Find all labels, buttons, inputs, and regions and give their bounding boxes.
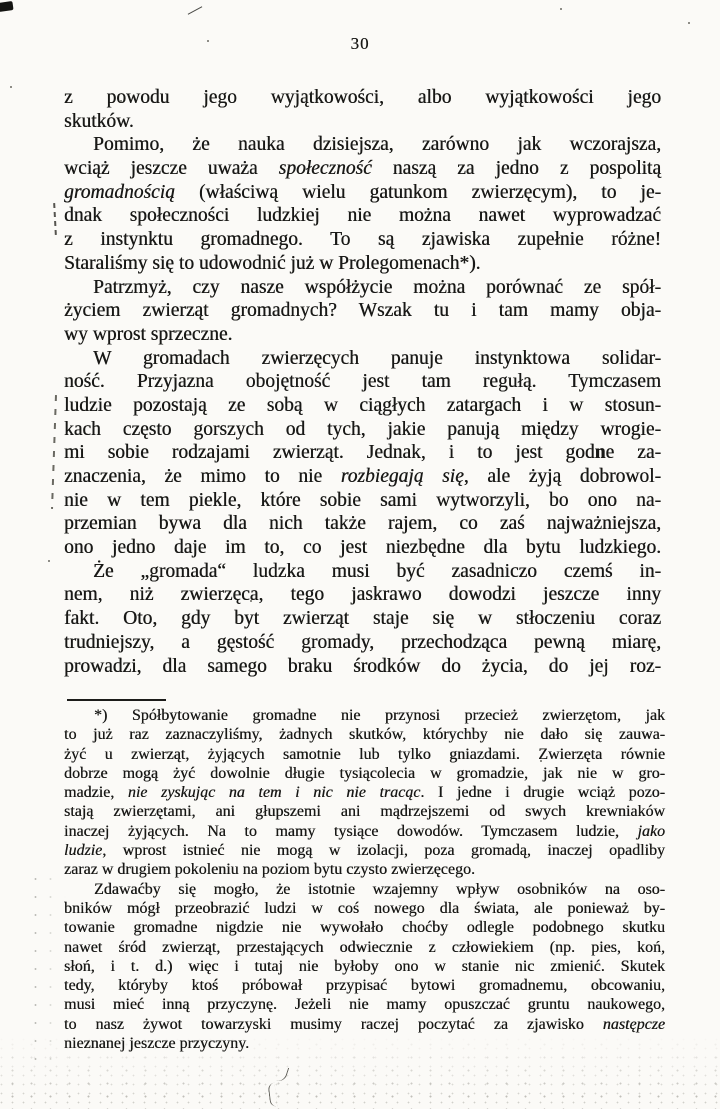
text-line: nem, niż zwierzęca, tego jaskrawo dowodz…	[64, 583, 661, 607]
scan-artifact-corner-blob	[0, 1, 14, 12]
text-line: prowadzi, dla samego braku środków do ży…	[64, 655, 661, 679]
text-line: z instynktu gromadnego. To są zjawiska z…	[64, 228, 661, 252]
text-line: nie w tem piekle, które sobie sami wytwo…	[64, 489, 661, 513]
text-line: *) Spółbytowanie gromadne nie przynosi p…	[64, 706, 665, 725]
text-line: wy wprost sprzeczne.	[64, 323, 661, 347]
text-line: słoń, i t. d.) więc i tutaj nie byłoby o…	[64, 957, 665, 976]
text-line: mi sobie rodzajami zwierząt. Jednak, i t…	[64, 441, 661, 465]
text-line: przemian bywa dla nich także rajem, co z…	[64, 512, 661, 536]
text-line: Zdawaćby się mogło, że istotnie wzajemny…	[64, 880, 665, 899]
text-line: skutków.	[64, 110, 661, 134]
text-line: W gromadach zwierzęcych panuje instynkto…	[64, 347, 661, 371]
scan-artifact-top-slash	[188, 6, 203, 14]
scan-speck	[120, 100, 122, 102]
text-line: z powodu jego wyjątkowości, albo wyjątko…	[64, 86, 661, 110]
scan-artifact-margin-dash	[53, 203, 57, 235]
text-line: wciąż jeszcze uważa społeczność naszą za…	[64, 157, 661, 181]
scan-speck	[10, 86, 12, 88]
scan-artifact-hair-mark	[268, 1083, 278, 1108]
text-line: ludzie pozostają ze sobą w ciągłych zata…	[64, 394, 661, 418]
scan-speck	[207, 40, 209, 42]
text-line: ność. Przyjazna obojętność jest tam regu…	[64, 370, 661, 394]
scan-speck	[48, 560, 50, 562]
footnote-separator	[67, 699, 166, 701]
text-line: to już raz zaznaczyliśmy, żadnych skutkó…	[64, 725, 665, 744]
text-line: ludzie, wprost istnieć nie mogą w izolac…	[64, 841, 665, 860]
text-line: to nasz żywot towarzyski musimy raczej p…	[64, 1015, 665, 1034]
text-line: nawet śród zwierząt, przestających odwie…	[64, 938, 665, 957]
scan-speck	[688, 22, 690, 24]
text-line: trudniejszy, a gęstość gromady, przechod…	[64, 631, 661, 655]
text-line: życiem zwierząt gromadnych? Wszak tu i t…	[64, 299, 661, 323]
scan-speck	[560, 8, 562, 10]
scanned-book-page: 30 z powodu jego wyjątkowości, albo wyją…	[0, 0, 720, 1109]
page-number: 30	[0, 34, 720, 54]
text-line: dobrze mogą żyć dowolnie długie tysiącol…	[64, 764, 665, 783]
text-line: dnak społeczności ludzkiej nie można naw…	[64, 204, 661, 228]
scan-speck	[250, 600, 252, 602]
text-line: znaczenia, że mimo to nie rozbiegają się…	[64, 465, 661, 489]
text-line: stają zwierzętami, ani głupszemi ani mąd…	[64, 802, 665, 821]
text-line: inaczej żyjących. Na to mamy tysiące dow…	[64, 822, 665, 841]
body-text: z powodu jego wyjątkowości, albo wyjątko…	[64, 86, 661, 678]
scan-speck	[540, 760, 542, 762]
text-line: ono jedno daje im to, co jest niezbędne …	[64, 536, 661, 560]
text-line: żyć u zwierząt, żyjących samotnie lub ty…	[64, 745, 665, 764]
text-line: musi mieć inną przyczynę. Jeżeli nie mam…	[64, 995, 665, 1014]
text-line: Patrzmyż, czy nasze współżycie można por…	[64, 276, 661, 300]
text-line: towanie gromadne nigdzie nie wywołało ch…	[64, 918, 665, 937]
text-line: Pomimo, że nauka dzisiejsza, zarówno jak…	[64, 133, 661, 157]
scan-artifact-margin-dash	[51, 395, 57, 509]
footnote-text: *) Spółbytowanie gromadne nie przynosi p…	[64, 706, 665, 1053]
text-line: gromadnością (właściwą wielu gatunkom zw…	[64, 181, 661, 205]
text-line: fakt. Oto, gdy byt zwierząt staje się w …	[64, 607, 661, 631]
text-line: bników mógł przeobrazić ludzi w coś nowe…	[64, 899, 665, 918]
text-line: kach często gorszych od tych, jakie panu…	[64, 418, 661, 442]
text-line: zaraz w drugiem pokoleniu na poziom bytu…	[64, 860, 665, 879]
scan-noise-left-margin	[28, 870, 66, 1066]
scan-artifact-hair-mark	[274, 1065, 289, 1084]
text-line: madzie, nie zyskując na tem i nic nie tr…	[64, 783, 665, 802]
text-line: nieznanej jeszcze przyczyny.	[64, 1034, 665, 1053]
footnote-section: *) Spółbytowanie gromadne nie przynosi p…	[64, 699, 665, 1053]
text-line: Że „gromada“ ludzka musi być zasadniczo …	[64, 560, 661, 584]
text-line: Staraliśmy się to udowodnić już w Proleg…	[64, 252, 661, 276]
text-line: tedy, któryby ktoś próbował przypisać by…	[64, 976, 665, 995]
